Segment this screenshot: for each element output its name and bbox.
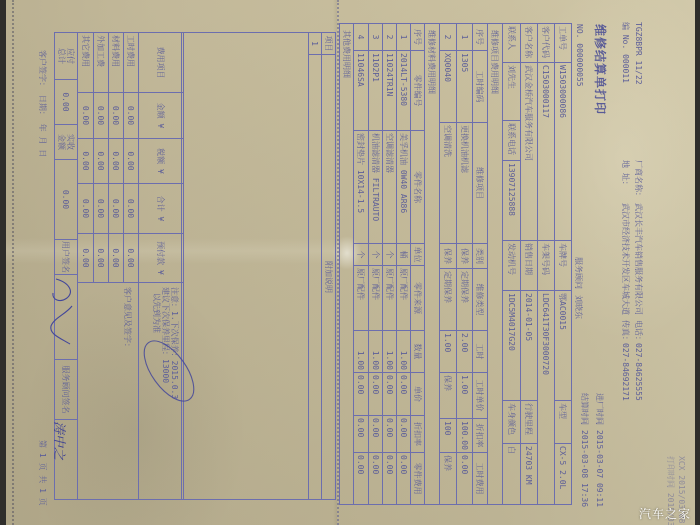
watermark: 汽车之家 (639, 505, 691, 522)
circled-note-mark (135, 333, 204, 410)
advisor-handwritten-signature: 涛中之 (51, 421, 66, 461)
settlement-document: XCX 2015/03/08 打印时间 2015/03 TGZ8BPR 11/2… (0, 0, 700, 525)
customer-signature-scribble (51, 279, 72, 344)
handwriting-layer: 涛中之 (0, 0, 700, 525)
